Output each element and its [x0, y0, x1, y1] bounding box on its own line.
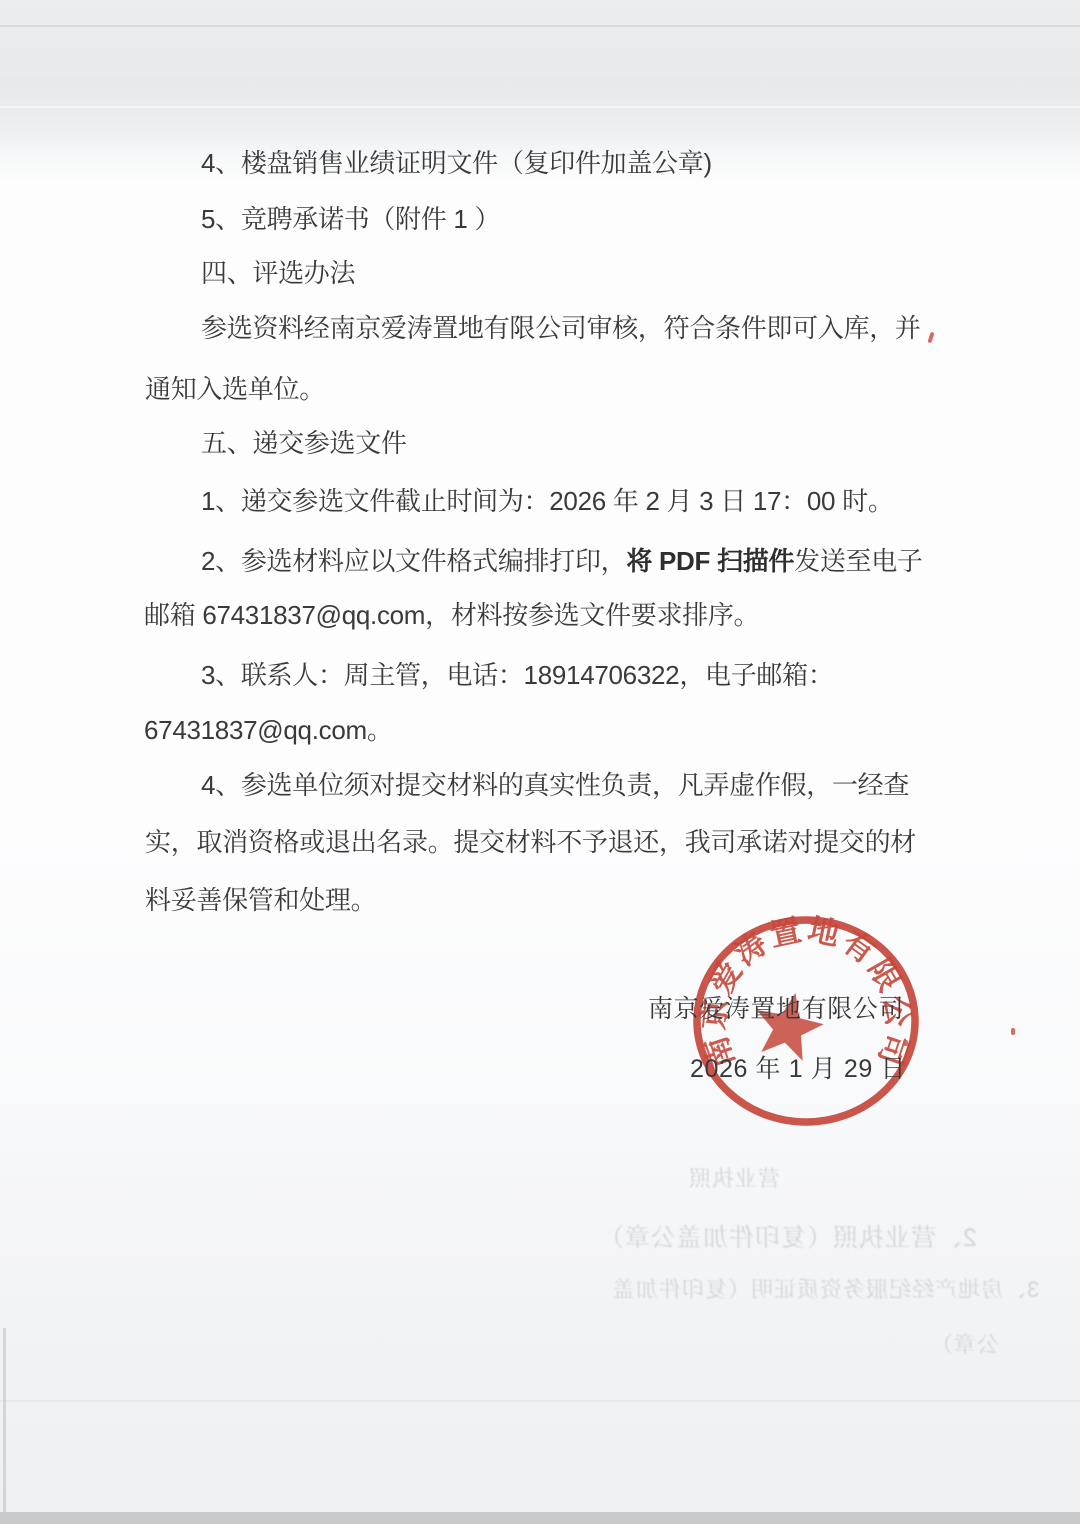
paragraph-4-line2: 通知入选单位。: [145, 373, 325, 405]
scan-streak: [0, 25, 1080, 27]
sub-item-2-tail: 发送至电子: [794, 546, 923, 576]
list-item-5: 5、竞聘承诺书（附件 1 ）: [201, 203, 500, 235]
section-heading-4: 四、评选办法: [201, 257, 355, 289]
scan-edge-line: [3, 1328, 6, 1524]
sub-item-2-bold: 将 PDF 扫描件: [626, 546, 794, 576]
sub-item-2-normal: 2、参选材料应以文件格式编排打印，: [201, 546, 626, 576]
signature-date: 2026 年 1 月 29 日: [690, 1053, 906, 1085]
bleedthrough-line: 营业执照: [688, 1162, 780, 1193]
scan-streak: [0, 1400, 1080, 1402]
red-speck-artifact: [1011, 1028, 1015, 1035]
bleedthrough-line: 3、房地产经纪服务资质证明（复印件加盖: [612, 1273, 1039, 1304]
sub-item-3-line1: 3、联系人：周主管，电话：18914706322，电子邮箱：: [201, 659, 834, 691]
list-item-4: 4、楼盘销售业绩证明文件（复印件加盖公章): [201, 147, 712, 179]
red-speck-artifact: [903, 1040, 908, 1046]
sub-item-4-line1: 4、参选单位须对提交材料的真实性负责，凡弄虚作假，一经查: [201, 769, 909, 801]
paragraph-4-line1: 参选资料经南京爱涛置地有限公司审核，符合条件即可入库，并: [201, 312, 921, 344]
sub-item-4-line3: 料妥善保管和处理。: [145, 884, 376, 916]
bleedthrough-line: 公章）: [930, 1328, 999, 1359]
sub-item-3-line2: 67431837@qq.com。: [144, 714, 393, 746]
section-heading-5: 五、递交参选文件: [201, 427, 407, 459]
sub-item-2-line1: 2、参选材料应以文件格式编排打印，将 PDF 扫描件发送至电子: [201, 545, 923, 577]
sub-item-4-line2: 实，取消资格或退出名录。提交材料不予退还，我司承诺对提交的材: [145, 826, 916, 858]
sub-item-2-line2: 邮箱 67431837@qq.com，材料按参选文件要求排序。: [144, 599, 759, 631]
sub-item-1: 1、递交参选文件截止时间为：2026 年 2 月 3 日 17：00 时。: [201, 485, 894, 517]
bleedthrough-line: 2、营业执照（复印件加盖公章）: [598, 1218, 977, 1254]
scan-streak: [0, 106, 1080, 108]
red-speck-artifact: [927, 332, 934, 344]
scanned-document-page: 4、楼盘销售业绩证明文件（复印件加盖公章) 5、竞聘承诺书（附件 1 ） 四、评…: [0, 0, 1080, 1524]
signature-company-name: 南京爱涛置地有限公司: [648, 993, 904, 1025]
scan-bottom-edge: [0, 1512, 1080, 1524]
